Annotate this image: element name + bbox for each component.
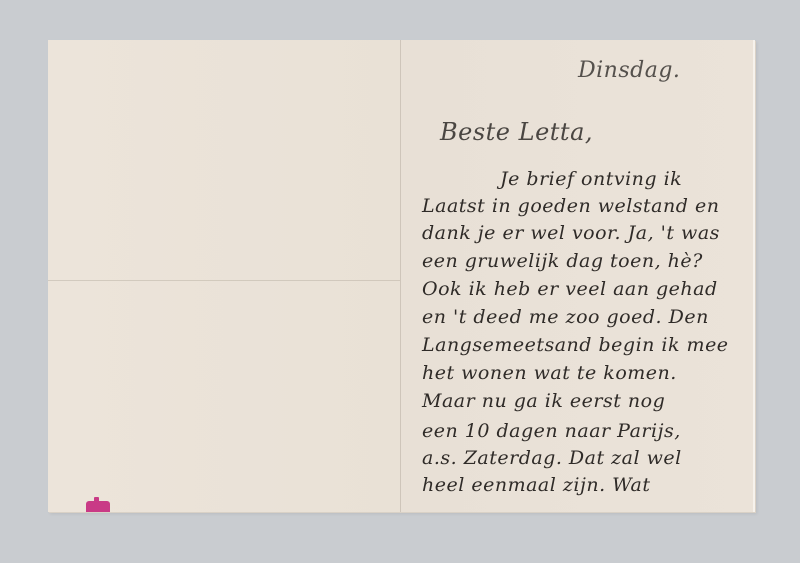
letter-line: een 10 dagen naar Parijs,: [422, 420, 681, 442]
letter-greeting: Beste Letta,: [440, 118, 593, 146]
letter-line: dank je er wel voor. Ja, 't was: [422, 222, 720, 244]
letter-line: Ook ik heb er veel aan gehad: [422, 278, 718, 300]
letter-line: a.s. Zaterdag. Dat zal wel: [422, 447, 682, 469]
letter-line: en 't deed me zoo goed. Den: [422, 306, 709, 328]
horizontal-fold-line: [48, 280, 400, 281]
letter-date: Dinsdag.: [578, 58, 680, 83]
letter-line: heel eenmaal zijn. Wat: [422, 474, 651, 496]
letter-line: het wonen wat te komen.: [422, 362, 677, 384]
letter-line: Je brief ontving ik: [500, 168, 682, 190]
letter-line: Laatst in goeden welstand en: [422, 195, 719, 217]
paper-edge: [753, 40, 755, 512]
left-page-blank: [48, 40, 400, 512]
letter-line: Maar nu ga ik eerst nog: [422, 390, 665, 412]
letter-line: Langsemeetsand begin ik mee: [422, 334, 729, 356]
vertical-fold-line: [400, 40, 401, 512]
letter-line: een gruwelijk dag toen, hè?: [422, 250, 703, 272]
pink-marker-tab: [86, 501, 110, 512]
